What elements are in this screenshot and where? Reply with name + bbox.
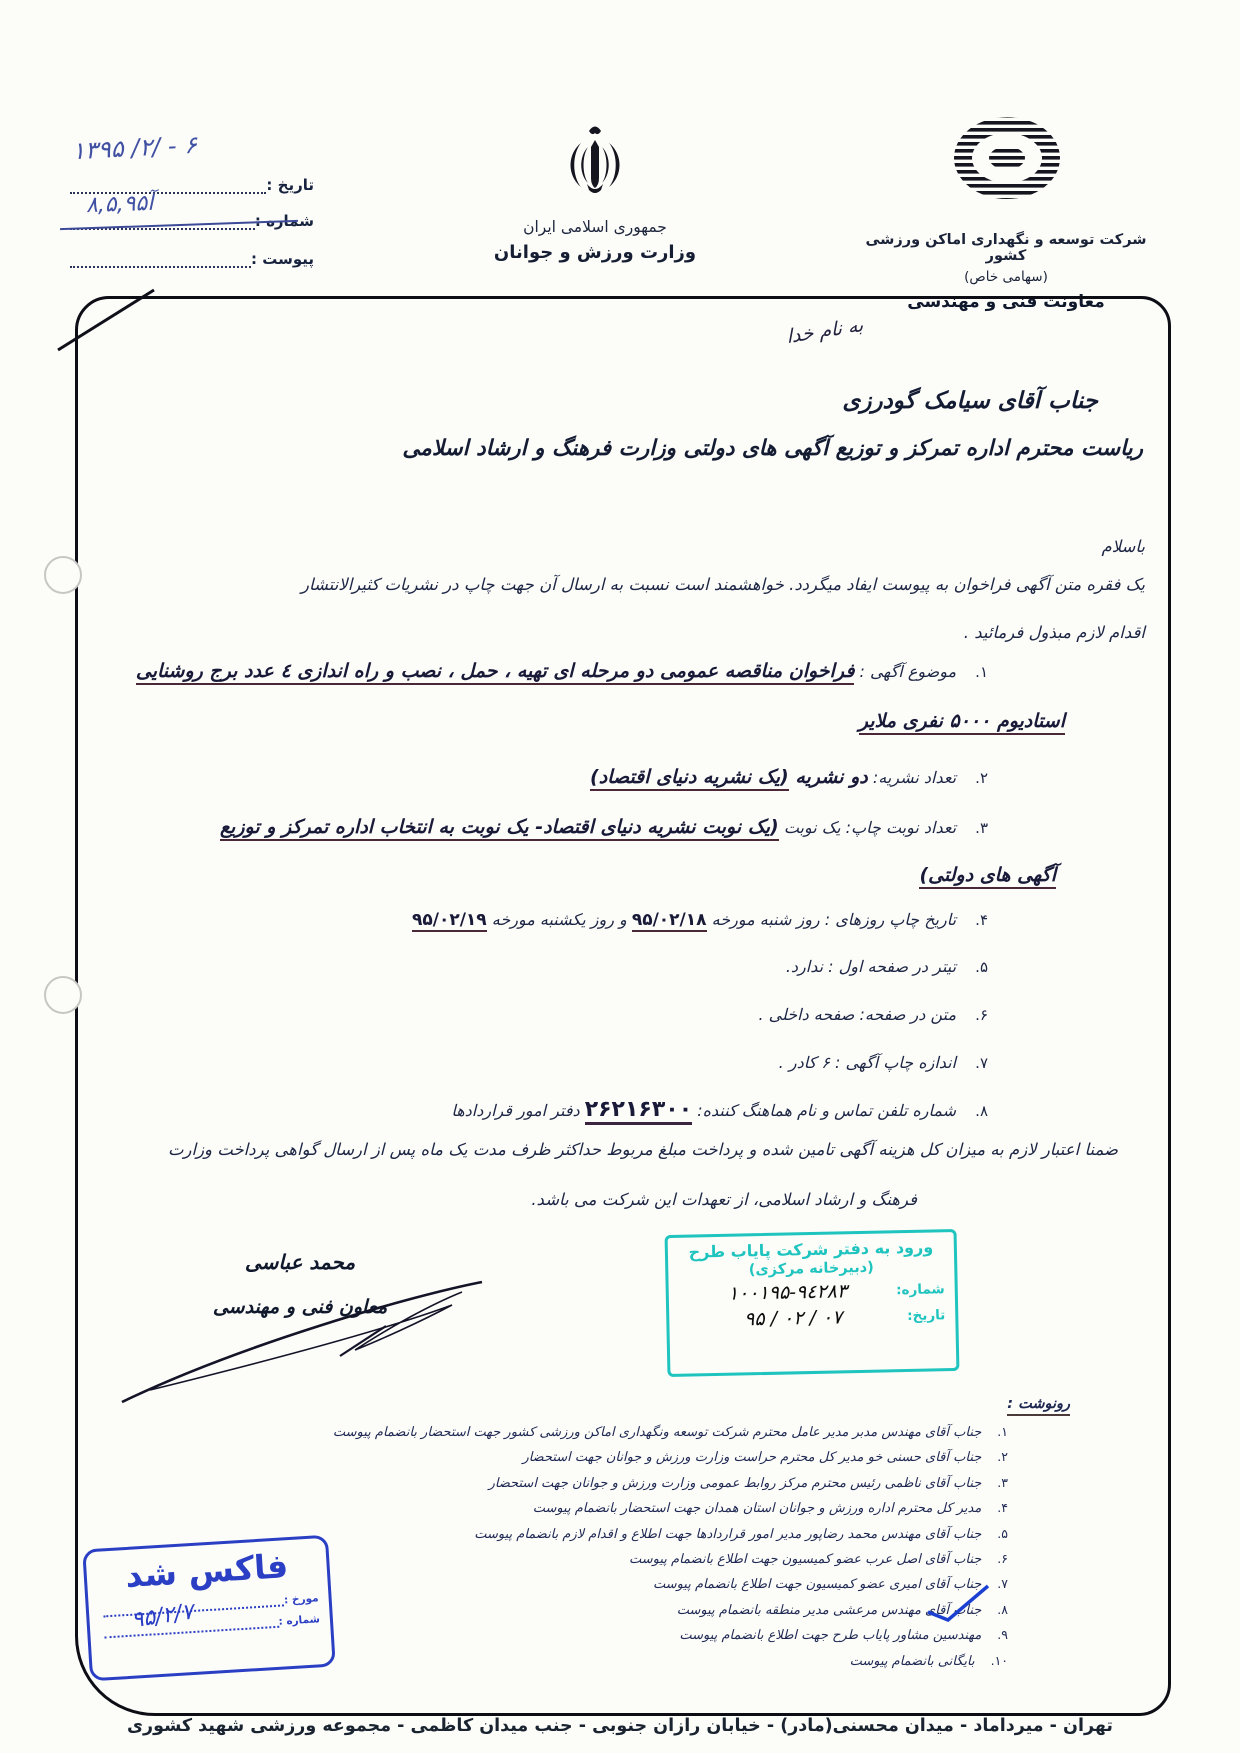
cc-num-7: ۷. [997,1572,1008,1596]
company-type: (سهامی خاص) [848,269,1164,285]
item-1-subject: فراخوان مناقصه عمومی دو مرحله ای تهیه ، … [136,660,855,685]
date-label: تاریخ : [266,176,314,194]
cc-num-2: ۲. [997,1445,1008,1469]
cc-num-5: ۵. [997,1522,1008,1546]
cc-num-1: ۱. [997,1420,1008,1444]
item-8-phone-number: ۲۶۲۱۶۳۰۰ [585,1097,692,1125]
cc-text-8: جناب آقای مهندس مرعشی مدیر منطقه بانضمام… [677,1603,982,1618]
item-5-text: تیتر در صفحه اول : ندارد. [786,957,956,976]
cc-num-9: ۹. [997,1623,1008,1647]
scanned-letter-page: ۱۳۹۵ /۲/ - ۶ تاریخ : آ۸,۵,۹۵ شماره : پیو… [0,0,1240,1753]
list-item-6: ۶. متن در صفحه: صفحه داخلی . [758,1005,988,1024]
center-header: جمهوری اسلامی ایران وزارت ورزش و جوانان [485,218,705,263]
cc-text-9: مهندسین مشاور پایاب طرح جهت اطلاع بانضما… [679,1628,981,1643]
list-item-1: ۱. موضوع آگهی : فراخوان مناقصه عمومی دو … [136,660,988,682]
entry-stamp-date-value: ۹۵ / ۰۲ / ۰۷ [679,1305,907,1332]
list-item-5: ۵. تیتر در صفحه اول : ندارد. [786,957,988,976]
cc-text-7: جناب آقای امیری عضو کمیسیون جهت اطلاع با… [653,1577,981,1592]
entry-stamp-date-row: تاریخ: ۹۵ / ۰۲ / ۰۷ [679,1304,945,1332]
cc-text-1: جناب آقای مهندس مدبر مدیر عامل محترم شرک… [333,1425,981,1440]
cc-text-6: جناب آقای اصل عرب عضو کمیسیون جهت اطلاع … [629,1552,981,1567]
cc-item-5: ۵.جناب آقای مهندس محمد رضاپور مدیر امور … [333,1522,1008,1547]
date-field-row: تاریخ : [66,176,314,194]
closing-line-2: فرهنگ و ارشاد اسلامی، از تعهدات این شرکت… [531,1190,917,1209]
list-item-7: ۷. اندازه چاپ آگهی : ۶ کادر . [779,1053,988,1072]
cc-item-9: ۹.مهندسین مشاور پایاب طرح جهت اطلاع بانض… [333,1623,1008,1648]
entry-stamp-number-row: شماره: ۱۰۰۱۹۵-۹٤۲۸۳ [679,1278,945,1306]
company-logo-icon [950,114,1064,206]
fax-stamp: فاکس شد مورخ : شماره : ۹۵/۲/۷ [82,1535,336,1682]
item-8-number: ۸. [975,1102,988,1120]
recipient-title: ریاست محترم اداره تمرکز و توزیع آگهی های… [402,436,1143,461]
ministry-name: وزارت ورزش و جوانان [485,242,705,263]
punch-hole-bottom [44,976,82,1014]
item-8-suffix: دفتر امور قراردادها [451,1101,579,1120]
cc-text-2: جناب آقای حسنی خو مدیر کل محترم حراست وز… [522,1450,981,1465]
item-4-label: تاریخ چاپ روزهای : روز شنبه مورخه [707,910,957,929]
cc-list: ۱.جناب آقای مهندس مدبر مدیر عامل محترم ش… [333,1420,1008,1674]
date-dotted-line [70,178,266,194]
item-2-number: ۲. [975,769,988,787]
list-item-8: ۸. شماره تلفن تماس و نام هماهنگ کننده: ۲… [451,1097,988,1125]
list-item-3: ۳. تعداد نوبت چاپ: یک نوبت (یک نوبت نشری… [220,816,988,838]
intro-line-2: اقدام لازم مبذول فرمائید . [964,623,1145,642]
list-item-4: ۴. تاریخ چاپ روزهای : روز شنبه مورخه ۹۵/… [412,910,988,932]
footer-address: تهران - میرداماد - میدان محسنی(مادر) - خ… [0,1716,1240,1736]
item-4-date-1: ۹۵/۰۲/۱۸ [632,910,707,932]
cc-num-4: ۴. [997,1496,1008,1520]
cc-num-3: ۳. [997,1471,1008,1495]
entry-stamp: ورود به دفتر شرکت پایاب طرح (دبیرخانه مر… [665,1229,960,1377]
item-8-label: شماره تلفن تماس و نام هماهنگ کننده: [692,1101,956,1120]
signer-title: معاون فنی و مهندسی [165,1296,435,1318]
cc-text-3: جناب آقای ناظمی رئیس محترم مرکز روابط عم… [489,1476,982,1491]
handwritten-date: ۱۳۹۵ /۲/ - ۶ [71,131,197,166]
cc-label: رونوشت : [1007,1396,1070,1416]
item-4-number: ۴. [975,911,988,929]
item-3-value-underlined: (یک نوبت نشریه دنیای اقتصاد- یک نوبت به … [220,816,779,841]
entry-stamp-number-label: شماره: [896,1281,945,1298]
fax-stamp-text: فاکس شد [96,1544,318,1596]
cc-item-8: ۸.جناب آقای مهندس مرعشی مدیر منطقه بانضم… [333,1598,1008,1623]
item-3-value-continued: آگهی های دولتی) [919,864,1056,889]
item-7-text: اندازه چاپ آگهی : ۶ کادر . [779,1053,956,1072]
signer-name: محمد عباسی [190,1250,410,1274]
item-5-number: ۵. [975,958,988,976]
punch-hole-top [44,556,82,594]
entry-stamp-subtitle: (دبیرخانه مرکزی) [678,1258,944,1280]
salutation: باسلام [1101,537,1145,556]
entry-stamp-date-label: تاریخ: [907,1307,945,1324]
cc-item-1: ۱.جناب آقای مهندس مدبر مدیر عامل محترم ش… [333,1420,1008,1445]
item-3-number: ۳. [975,819,988,837]
item-4-mid: و روز یکشنبه مورخه [487,910,627,929]
attachment-field-row: پیوست : [66,250,314,268]
entry-stamp-number-value: ۱۰۰۱۹۵-۹٤۲۸۳ [679,1279,897,1306]
cc-item-2: ۲.جناب آقای حسنی خو مدیر کل محترم حراست … [333,1445,1008,1470]
cc-text-4: مدیر کل محترم اداره ورزش و جوانان استان … [533,1501,982,1516]
item-2-value-underlined: (یک نشریه دنیای اقتصاد) [590,766,789,791]
recipient-name: جناب آقای سیامک گودرزی [842,388,1098,414]
cc-item-4: ۴.مدیر کل محترم اداره ورزش و جوانان استا… [333,1496,1008,1521]
cc-item-7: ۷.جناب آقای امیری عضو کمیسیون جهت اطلاع … [333,1572,1008,1597]
item-7-number: ۷. [975,1054,988,1072]
cc-num-10: ۱۰. [991,1649,1008,1673]
cc-text-5: جناب آقای مهندس محمد رضاپور مدیر امور قر… [474,1527,981,1542]
closing-line-1: ضمنا اعتبار لازم به میزان کل هزینه آگهی … [168,1140,1118,1159]
intro-line-1: یک فقره متن آگهی فراخوان به پیوست ایفاد … [301,575,1145,594]
item-1-subject-continued: استادیوم ۵۰۰۰ نفری ملایر [859,710,1065,735]
attachment-label: پیوست : [251,250,314,268]
fax-number-label: شماره : [278,1613,320,1628]
item-1-number: ۱. [975,663,988,681]
company-name: شرکت توسعه و نگهداری اماکن ورزشی کشور [848,232,1164,264]
handwritten-number: آ۸,۵,۹۵ [86,191,154,218]
cc-num-8: ۸. [997,1598,1008,1622]
list-item-2: ۲. تعداد نشریه: دو نشریه (یک نشریه دنیای… [590,766,988,788]
cc-item-3: ۳.جناب آقای ناظمی رئیس محترم مرکز روابط … [333,1471,1008,1496]
item-1-label: موضوع آگهی : [854,662,956,681]
item-4-date-2: ۹۵/۰۲/۱۹ [412,910,487,932]
iran-emblem-icon [545,116,645,216]
country-name: جمهوری اسلامی ایران [485,218,705,236]
item-3-label: تعداد نوبت چاپ: یک نوبت [779,818,956,837]
attachment-dotted-line [70,252,251,268]
item-2-label: تعداد نشریه: [868,768,956,787]
item-2-value: دو نشریه [789,766,868,788]
item-6-text: متن در صفحه: صفحه داخلی . [758,1005,956,1024]
cc-item-6: ۶.جناب آقای اصل عرب عضو کمیسیون جهت اطلا… [333,1547,1008,1572]
cc-item-10: ۱۰.بایگانی بانضمام پیوست [333,1649,1008,1674]
item-6-number: ۶. [975,1006,988,1024]
cc-text-10: بایگانی بانضمام پیوست [850,1654,975,1669]
cc-num-6: ۶. [997,1547,1008,1571]
fax-date-label: مورخ : [284,1592,319,1606]
